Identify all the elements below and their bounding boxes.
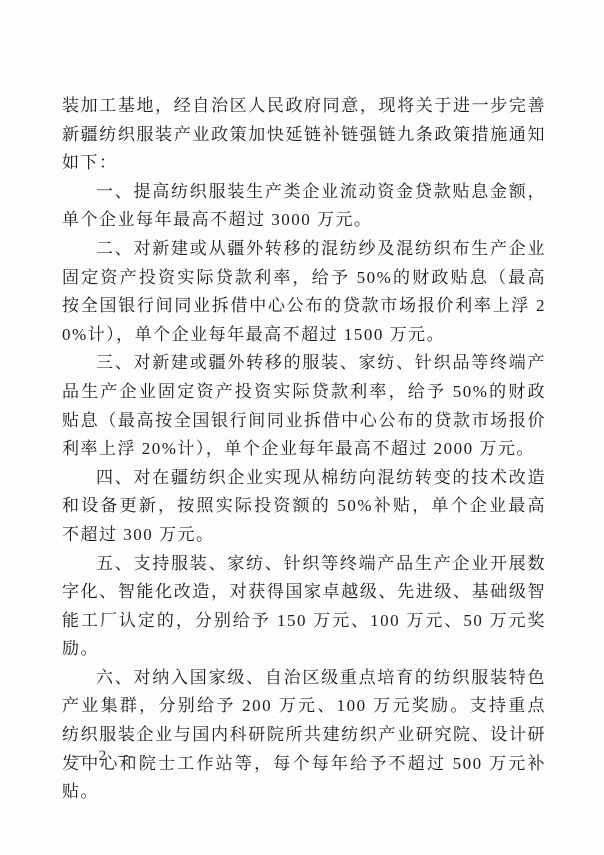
paragraph-item-3: 三、对新建或疆外转移的服装、家纺、针织品等终端产品生产企业固定资产投资实际贷款利… (62, 349, 546, 463)
paragraph-item-5: 五、支持服装、家纺、针织等终端产品生产企业开展数字化、智能化改造，对获得国家卓越… (62, 550, 546, 664)
paragraph-item-6: 六、对纳入国家级、自治区级重点培育的纺织服装特色产业集群，分别给予 200 万元… (62, 664, 546, 807)
paragraph-intro-continuation: 装加工基地，经自治区人民政府同意，现将关于进一步完善新疆纺织服装产业政策加快延链… (62, 92, 546, 178)
document-page: 装加工基地，经自治区人民政府同意，现将关于进一步完善新疆纺织服装产业政策加快延链… (0, 0, 604, 855)
paragraph-item-4: 四、对在疆纺织企业实现从棉纺向混纺转变的技术改造和设备更新，按照实际投资额的 5… (62, 464, 546, 550)
document-text-block: 装加工基地，经自治区人民政府同意，现将关于进一步完善新疆纺织服装产业政策加快延链… (62, 92, 546, 807)
paragraph-item-2: 二、对新建或从疆外转移的混纺纱及混纺织布生产企业固定资产投资实际贷款利率，给予 … (62, 235, 546, 349)
paragraph-item-1: 一、提高纺织服装生产类企业流动资金贷款贴息金额，单个企业每年最高不超过 3000… (62, 178, 546, 235)
page-number: — 2 — (72, 748, 137, 765)
